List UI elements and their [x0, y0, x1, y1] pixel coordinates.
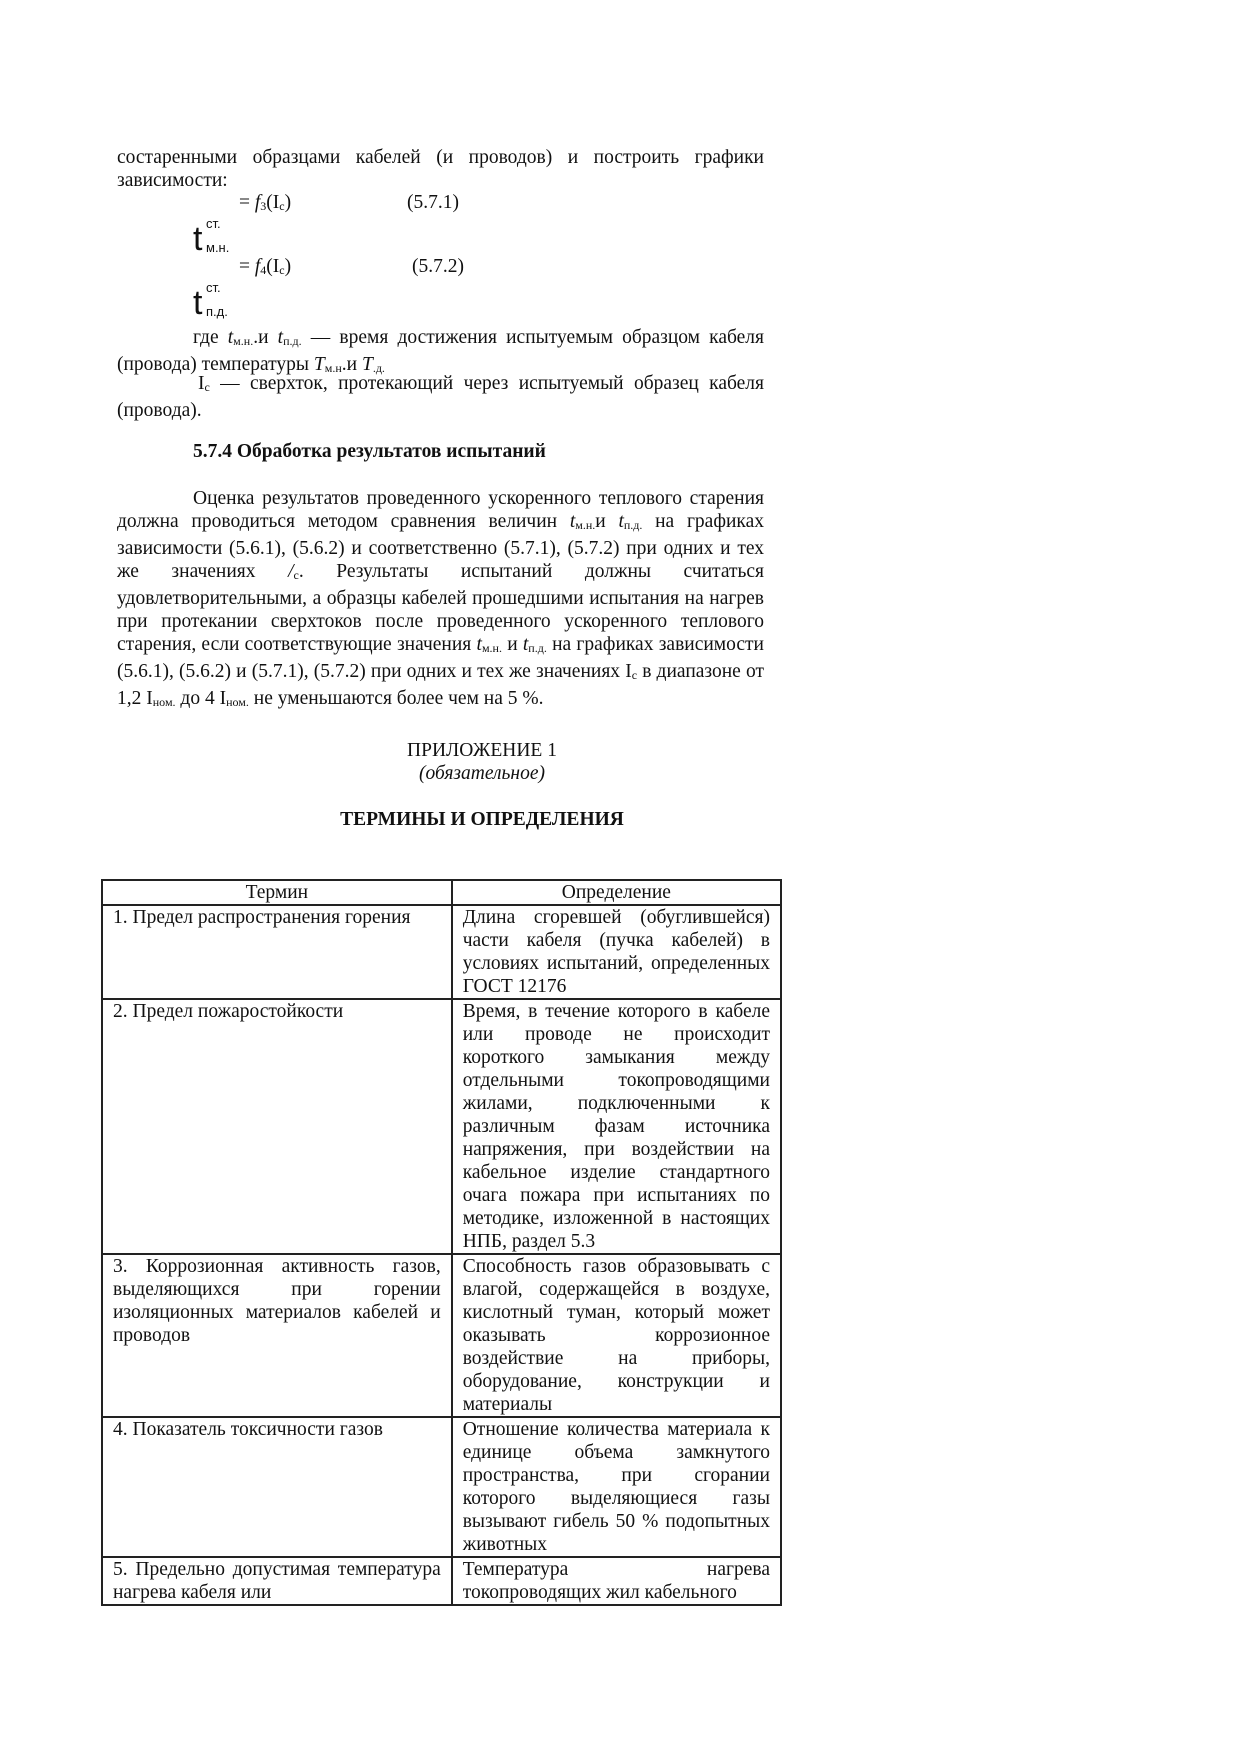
- appendix-heading: ТЕРМИНЫ И ОПРЕДЕЛЕНИЯ: [117, 809, 847, 831]
- definition-cell: Отношение количества материала к единице…: [452, 1417, 781, 1557]
- term-cell: 5. Предельно допустимая температура нагр…: [102, 1557, 452, 1605]
- formula-sub: м.н.: [206, 240, 229, 255]
- equation-number: (5.7.2): [412, 256, 464, 278]
- term-cell: 3. Коррозионная активность газов, выделя…: [102, 1254, 452, 1417]
- where-paragraph-2: Iс — сверхток, протекающий через испытуе…: [117, 372, 764, 422]
- formula-sup: ст.: [206, 216, 221, 231]
- equation-number: (5.7.1): [407, 192, 459, 214]
- formula-base: t: [193, 286, 202, 320]
- definition-cell: Время, в течение которого в кабеле или п…: [452, 999, 781, 1254]
- table-row: 3. Коррозионная активность газов, выделя…: [102, 1254, 781, 1417]
- appendix-subtitle: (обязательное): [117, 763, 847, 785]
- table-header-row: Термин Определение: [102, 880, 781, 905]
- table-row: 1. Предел распространения горения Длина …: [102, 905, 781, 999]
- formula-rhs: = f3(Iс): [239, 192, 291, 214]
- appendix-title: ПРИЛОЖЕНИЕ 1: [117, 740, 847, 762]
- intro-line-1: состаренными образцами кабелей (и провод…: [117, 147, 764, 168]
- intro-line-2: зависимости:: [117, 170, 228, 191]
- formula-sub: п.д.: [206, 304, 228, 319]
- section-paragraph: Оценка результатов проведенного ускоренн…: [117, 487, 764, 714]
- column-header-term: Термин: [102, 880, 452, 905]
- table-row: 4. Показатель токсичности газов Отношени…: [102, 1417, 781, 1557]
- intro-paragraph: состаренными образцами кабелей (и провод…: [117, 146, 764, 192]
- term-cell: 2. Предел пожаростойкости: [102, 999, 452, 1254]
- term-cell: 4. Показатель токсичности газов: [102, 1417, 452, 1557]
- column-header-definition: Определение: [452, 880, 781, 905]
- formula-base: t: [193, 222, 202, 256]
- table-row: 5. Предельно допустимая температура нагр…: [102, 1557, 781, 1605]
- definition-cell: Температура нагрева токопроводящих жил к…: [452, 1557, 781, 1605]
- definition-cell: Способность газов образовывать с влагой,…: [452, 1254, 781, 1417]
- formula-rhs: = f4(Iс): [239, 256, 291, 278]
- formula-sup: ст.: [206, 280, 221, 295]
- section-heading: 5.7.4 Обработка результатов испытаний: [193, 441, 546, 463]
- term-cell: 1. Предел распространения горения: [102, 905, 452, 999]
- definition-cell: Длина сгоревшей (обуглившейся) части каб…: [452, 905, 781, 999]
- table-row: 2. Предел пожаростойкости Время, в течен…: [102, 999, 781, 1254]
- document-page: состаренными образцами кабелей (и провод…: [0, 0, 1240, 1755]
- terms-table: Термин Определение 1. Предел распростран…: [101, 879, 782, 1606]
